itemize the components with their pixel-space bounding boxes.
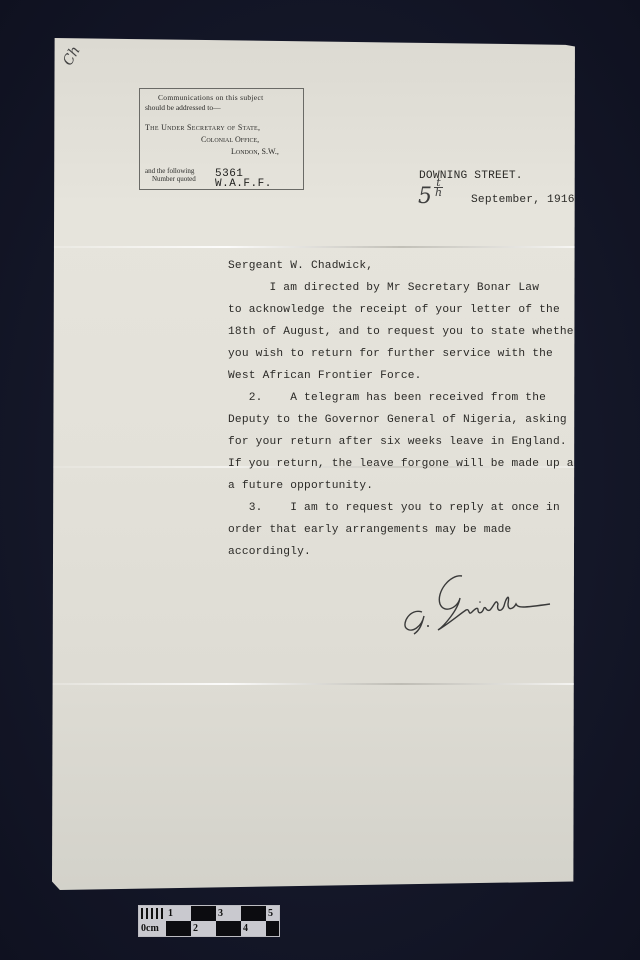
- scale-cell: 3: [216, 906, 241, 921]
- scale-cell: 0cm: [139, 921, 166, 936]
- body-line: to acknowledge the receipt of your lette…: [228, 304, 560, 316]
- suffix-bottom: h: [434, 188, 443, 197]
- reference-number: 5361 W.A.F.F.: [215, 169, 303, 189]
- scale-cell: [191, 906, 216, 921]
- body-line: If you return, the leave forgone will be…: [228, 458, 581, 470]
- address-line: Colonial Office,: [201, 135, 259, 145]
- scale-cell: 5: [266, 906, 279, 921]
- body-line: Deputy to the Governor General of Nigeri…: [228, 414, 567, 426]
- scale-cell: [216, 921, 241, 936]
- signature: G. Grindle: [400, 568, 560, 638]
- address-line: should be addressed to—: [145, 103, 221, 113]
- body-line: a future opportunity.: [228, 480, 373, 492]
- scale-cell: [166, 921, 191, 936]
- body-line: 3. I am to request you to reply at once …: [228, 502, 560, 514]
- address-line: The Under Secretary of State,: [145, 123, 260, 133]
- salutation: Sergeant W. Chadwick,: [228, 260, 373, 272]
- address-line: London, S.W.,: [231, 147, 279, 157]
- scale-ticks: [139, 906, 166, 921]
- scale-cell: 1: [166, 906, 191, 921]
- address-line: Number quoted: [152, 174, 196, 184]
- date-day-suffix: t h: [434, 178, 443, 197]
- body-line: 2. A telegram has been received from the: [228, 392, 546, 404]
- cm-scale-bar: 1 3 5 0cm 2 4: [138, 905, 280, 937]
- body-line: for your return after six weeks leave in…: [228, 436, 567, 448]
- body-line: West African Frontier Force.: [228, 370, 422, 382]
- date-month-year: September, 1916.: [471, 194, 582, 206]
- scale-cell: 4: [241, 921, 266, 936]
- scale-cell: [266, 921, 279, 936]
- corner-annotation: Ch: [60, 43, 84, 68]
- body-line: accordingly.: [228, 546, 311, 558]
- fold-line: [52, 683, 576, 685]
- address-line: Communications on this subject: [158, 93, 263, 103]
- scale-cell: [241, 906, 266, 921]
- body-line: I am directed by Mr Secretary Bonar Law: [228, 282, 539, 294]
- fold-line: [52, 246, 576, 248]
- address-box: Communications on this subject should be…: [139, 88, 304, 190]
- date-day-handwritten: 5: [418, 184, 432, 209]
- letter-paper: Ch Communications on this subject should…: [52, 38, 576, 890]
- body-line: 18th of August, and to request you to st…: [228, 326, 581, 338]
- scale-cell: 2: [191, 921, 216, 936]
- body-line: order that early arrangements may be mad…: [228, 524, 511, 536]
- body-line: you wish to return for further service w…: [228, 348, 553, 360]
